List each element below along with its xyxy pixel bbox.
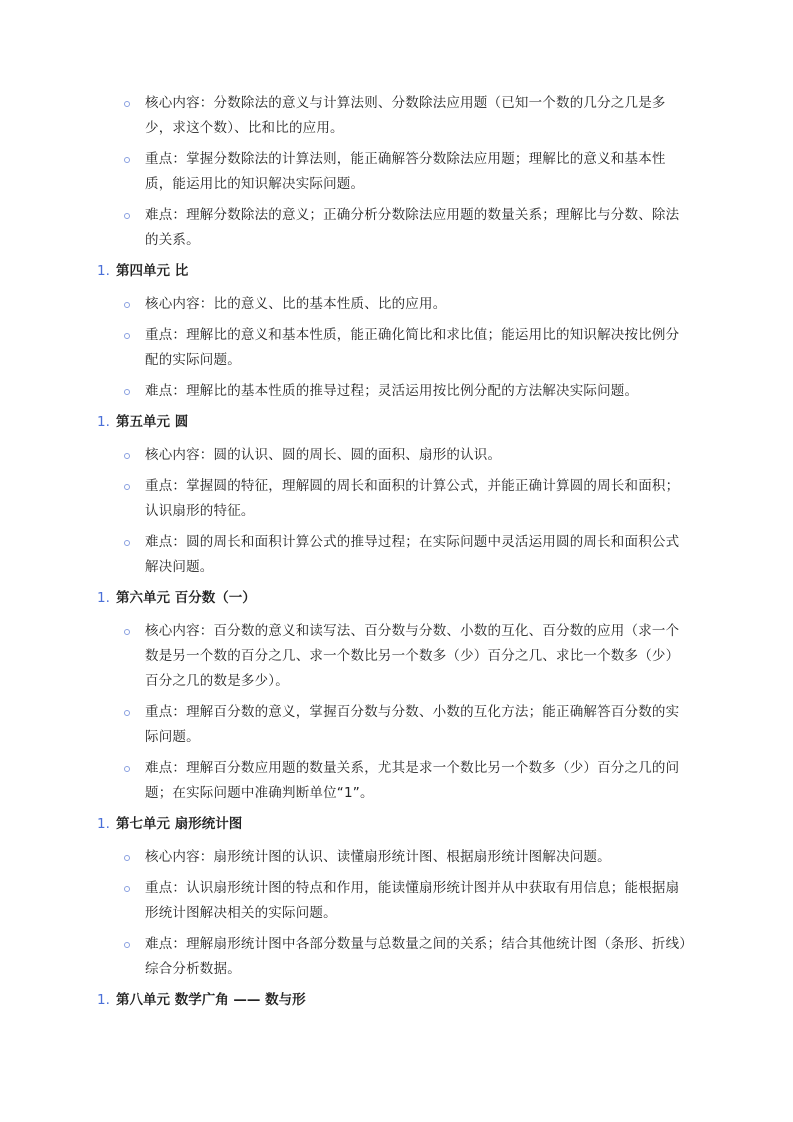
list-item-key-points: 重点：认识扇形统计图的特点和作用，能读懂扇形统计图并从中获取有用信息；能根据扇形… <box>0 876 793 926</box>
list-item-difficulties: 难点：圆的周长和面积计算公式的推导过程；在实际问题中灵活运用圆的周长和面积公式解… <box>0 530 793 580</box>
list-item-difficulties: 难点：理解扇形统计图中各部分数量与总数量之间的关系；结合其他统计图（条形、折线）… <box>0 932 793 982</box>
hollow-bullet-icon <box>124 484 130 490</box>
item-text: 核心内容：扇形统计图的认识、读懂扇形统计图、根据扇形统计图解决问题。 <box>145 849 611 865</box>
unit-title: 第七单元 扇形统计图 <box>116 816 242 832</box>
list-item-core-content: 核心内容：比的意义、比的基本性质、比的应用。 <box>0 292 793 317</box>
item-text: 核心内容：百分数的意义和读写法、百分数与分数、小数的互化、百分数的应用（求一个数… <box>145 623 679 689</box>
hollow-bullet-icon <box>124 389 130 395</box>
item-text: 重点：理解比的意义和基本性质，能正确化简比和求比值；能运用比的知识解决按比例分配… <box>145 327 679 368</box>
hollow-bullet-icon <box>124 333 130 339</box>
item-text: 重点：认识扇形统计图的特点和作用，能读懂扇形统计图并从中获取有用信息；能根据扇形… <box>145 880 679 921</box>
list-number: 1. <box>97 812 110 837</box>
hollow-bullet-icon <box>124 855 130 861</box>
hollow-bullet-icon <box>124 213 130 219</box>
item-text: 难点：圆的周长和面积计算公式的推导过程；在实际问题中灵活运用圆的周长和面积公式解… <box>145 534 679 575</box>
hollow-bullet-icon <box>124 101 130 107</box>
hollow-bullet-icon <box>124 540 130 546</box>
unit-heading-5: 1.第五单元 圆 <box>0 410 793 435</box>
list-item-key-points: 重点：掌握分数除法的计算法则，能正确解答分数除法应用题；理解比的意义和基本性质，… <box>0 147 793 197</box>
list-item-key-points: 重点：理解比的意义和基本性质，能正确化简比和求比值；能运用比的知识解决按比例分配… <box>0 323 793 373</box>
unit-3-details: 核心内容：分数除法的意义与计算法则、分数除法应用题（已知一个数的几分之几是多少，… <box>0 91 793 253</box>
list-item-key-points: 重点：理解百分数的意义，掌握百分数与分数、小数的互化方法；能正确解答百分数的实际… <box>0 700 793 750</box>
list-number: 1. <box>97 586 110 611</box>
item-text: 核心内容：分数除法的意义与计算法则、分数除法应用题（已知一个数的几分之几是多少，… <box>145 95 666 136</box>
list-item-core-content: 核心内容：扇形统计图的认识、读懂扇形统计图、根据扇形统计图解决问题。 <box>0 845 793 870</box>
unit-heading-6: 1.第六单元 百分数（一） <box>0 586 793 611</box>
document-body: 核心内容：分数除法的意义与计算法则、分数除法应用题（已知一个数的几分之几是多少，… <box>0 91 793 1021</box>
unit-title: 第五单元 圆 <box>116 414 188 430</box>
hollow-bullet-icon <box>124 157 130 163</box>
list-number: 1. <box>97 259 110 284</box>
unit-heading-8: 1.第八单元 数学广角 —— 数与形 <box>0 988 793 1013</box>
item-text: 难点：理解扇形统计图中各部分数量与总数量之间的关系；结合其他统计图（条形、折线）… <box>145 936 686 977</box>
list-item-core-content: 核心内容：圆的认识、圆的周长、圆的面积、扇形的认识。 <box>0 443 793 468</box>
hollow-bullet-icon <box>124 942 130 948</box>
list-item-key-points: 重点：掌握圆的特征，理解圆的周长和面积的计算公式，并能正确计算圆的周长和面积；认… <box>0 474 793 524</box>
list-item-difficulties: 难点：理解比的基本性质的推导过程；灵活运用按比例分配的方法解决实际问题。 <box>0 379 793 404</box>
hollow-bullet-icon <box>124 886 130 892</box>
list-item-difficulties: 难点：理解分数除法的意义；正确分析分数除法应用题的数量关系；理解比与分数、除法的… <box>0 203 793 253</box>
unit-heading-4: 1.第四单元 比 <box>0 259 793 284</box>
list-item-core-content: 核心内容：分数除法的意义与计算法则、分数除法应用题（已知一个数的几分之几是多少，… <box>0 91 793 141</box>
item-text: 重点：掌握分数除法的计算法则，能正确解答分数除法应用题；理解比的意义和基本性质，… <box>145 151 666 192</box>
unit-4-details: 核心内容：比的意义、比的基本性质、比的应用。 重点：理解比的意义和基本性质，能正… <box>0 292 793 404</box>
list-number: 1. <box>97 988 110 1013</box>
unit-heading-7: 1.第七单元 扇形统计图 <box>0 812 793 837</box>
document-page: 核心内容：分数除法的意义与计算法则、分数除法应用题（已知一个数的几分之几是多少，… <box>0 0 793 1122</box>
unit-title: 第八单元 数学广角 —— 数与形 <box>116 992 306 1008</box>
unit-title: 第六单元 百分数（一） <box>116 590 256 606</box>
unit-7-details: 核心内容：扇形统计图的认识、读懂扇形统计图、根据扇形统计图解决问题。 重点：认识… <box>0 845 793 982</box>
item-text: 难点：理解分数除法的意义；正确分析分数除法应用题的数量关系；理解比与分数、除法的… <box>145 207 679 248</box>
item-text: 核心内容：圆的认识、圆的周长、圆的面积、扇形的认识。 <box>145 447 501 463</box>
hollow-bullet-icon <box>124 710 130 716</box>
list-number: 1. <box>97 410 110 435</box>
list-item-difficulties: 难点：理解百分数应用题的数量关系，尤其是求一个数比另一个数多（少）百分之几的问题… <box>0 756 793 806</box>
hollow-bullet-icon <box>124 453 130 459</box>
item-text: 重点：掌握圆的特征，理解圆的周长和面积的计算公式，并能正确计算圆的周长和面积；认… <box>145 478 679 519</box>
list-item-core-content: 核心内容：百分数的意义和读写法、百分数与分数、小数的互化、百分数的应用（求一个数… <box>0 619 793 694</box>
hollow-bullet-icon <box>124 629 130 635</box>
item-text: 难点：理解比的基本性质的推导过程；灵活运用按比例分配的方法解决实际问题。 <box>145 383 638 399</box>
unit-5-details: 核心内容：圆的认识、圆的周长、圆的面积、扇形的认识。 重点：掌握圆的特征，理解圆… <box>0 443 793 580</box>
item-text: 难点：理解百分数应用题的数量关系，尤其是求一个数比另一个数多（少）百分之几的问题… <box>145 760 679 801</box>
hollow-bullet-icon <box>124 302 130 308</box>
unit-6-details: 核心内容：百分数的意义和读写法、百分数与分数、小数的互化、百分数的应用（求一个数… <box>0 619 793 806</box>
hollow-bullet-icon <box>124 766 130 772</box>
item-text: 核心内容：比的意义、比的基本性质、比的应用。 <box>145 296 446 312</box>
item-text: 重点：理解百分数的意义，掌握百分数与分数、小数的互化方法；能正确解答百分数的实际… <box>145 704 679 745</box>
unit-title: 第四单元 比 <box>116 263 188 279</box>
